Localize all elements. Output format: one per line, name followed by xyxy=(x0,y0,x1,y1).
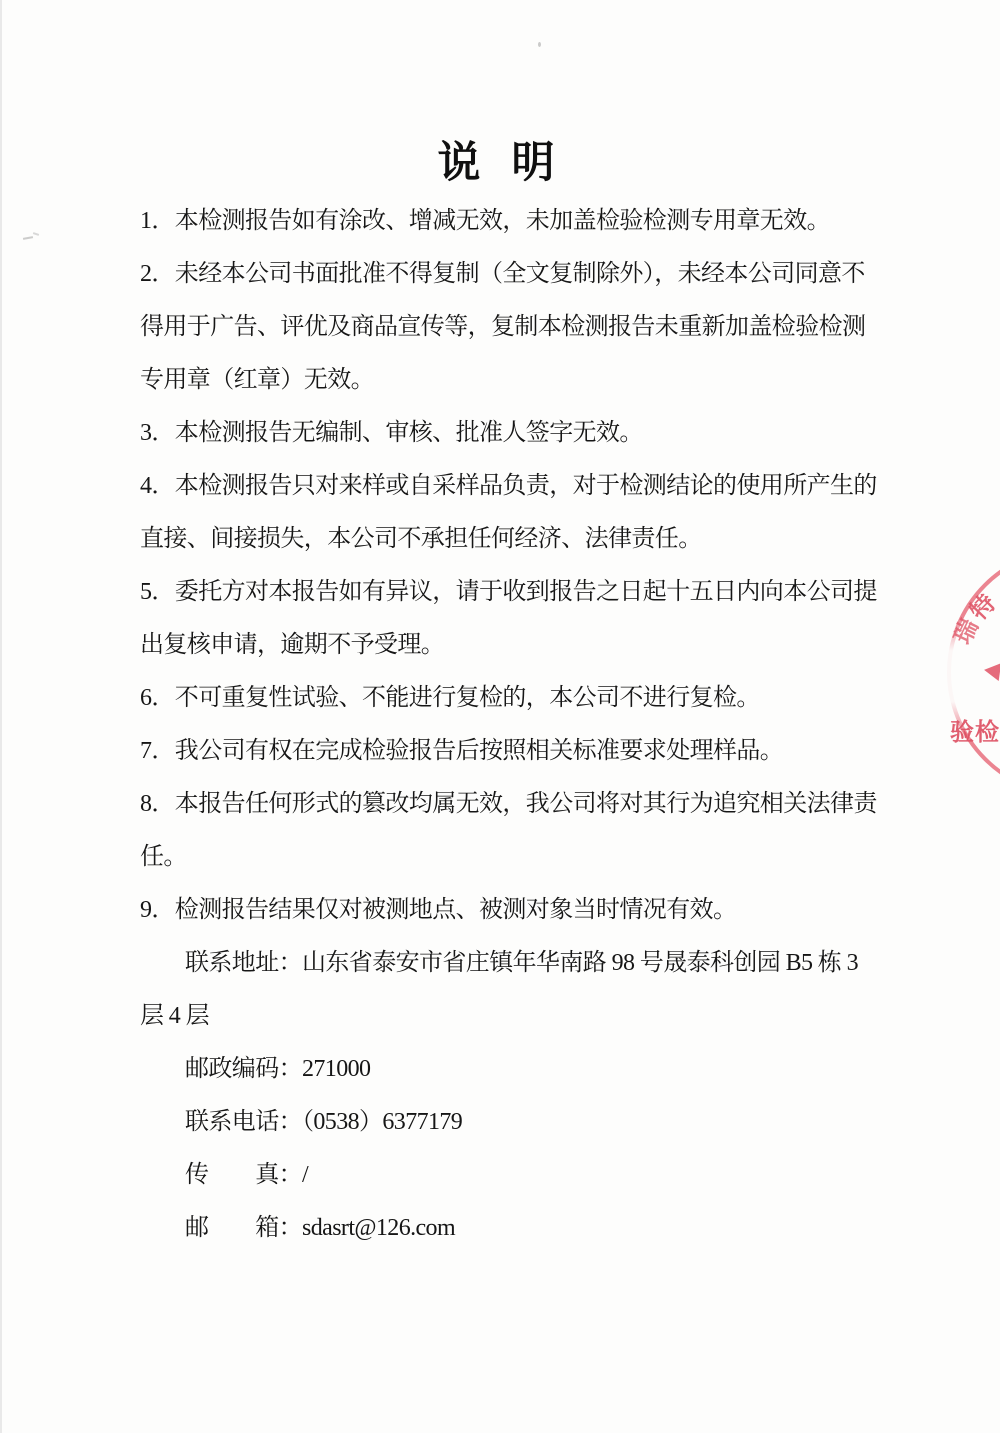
scan-edge-line xyxy=(0,0,2,1433)
stamp-ring xyxy=(947,547,1000,797)
stamp-ink-fade xyxy=(936,618,1000,734)
contact-email-line: 邮 箱：sdasrt@126.com xyxy=(140,1202,885,1255)
stamp-star-icon xyxy=(983,661,1000,681)
stamp-seal-text: 验检 xyxy=(950,712,1000,747)
text-line: 5．委托方对本报告如有异议，请于收到报告之日起十五日内向本公司提 xyxy=(140,566,885,619)
text-line: 8．本报告任何形式的篡改均属无效，我公司将对其行为追究相关法律责 xyxy=(140,778,885,831)
text-line: 得用于广告、评优及商品宣传等，复制本检测报告未重新加盖检验检测 xyxy=(140,301,885,354)
document-title: 说 明 xyxy=(0,129,1000,190)
contact-phone-line: 联系电话：（0538）6377179 xyxy=(140,1096,885,1149)
text-line: 4．本检测报告只对来样或自采样品负责，对于检测结论的使用所产生的 xyxy=(140,460,885,513)
text-line: 7．我公司有权在完成检验报告后按照相关标准要求处理样品。 xyxy=(140,725,885,778)
text-line: 直接、间接损失，本公司不承担任何经济、法律责任。 xyxy=(140,513,885,566)
contact-fax-line: 传 真：/ xyxy=(140,1149,885,1202)
stamp-arc-char: 特 xyxy=(960,585,1000,627)
stamp-arc-char: 瑞 xyxy=(943,612,985,649)
text-line: 2．未经本公司书面批准不得复制（全文复制除外），未经本公司同意不 xyxy=(140,248,885,301)
text-line: 3．本检测报告无编制、审核、批准人签字无效。 xyxy=(140,407,885,460)
document-page: 说 明 1．本检测报告如有涂改、增减无效，未加盖检验检测专用章无效。 2．未经本… xyxy=(0,0,1000,1433)
text-line: 9．检测报告结果仅对被测地点、被测对象当时情况有效。 xyxy=(140,884,885,937)
scan-artifact xyxy=(538,42,541,47)
document-body: 1．本检测报告如有涂改、增减无效，未加盖检验检测专用章无效。 2．未经本公司书面… xyxy=(140,195,885,1255)
text-line: 出复核申请，逾期不予受理。 xyxy=(140,619,885,672)
scan-artifact xyxy=(33,232,39,236)
text-line: 专用章（红章）无效。 xyxy=(140,354,885,407)
text-line: 任。 xyxy=(140,831,885,884)
text-line: 6．不可重复性试验、不能进行复检的，本公司不进行复检。 xyxy=(140,672,885,725)
contact-address-line: 联系地址：山东省泰安市省庄镇年华南路 98 号晟泰科创园 B5 栋 3 xyxy=(140,937,885,990)
text-line: 1．本检测报告如有涂改、增减无效，未加盖检验检测专用章无效。 xyxy=(140,195,885,248)
contact-postal-line: 邮政编码：271000 xyxy=(140,1043,885,1096)
scan-artifact xyxy=(23,236,33,240)
contact-address-line: 层 4 层 xyxy=(140,990,885,1043)
